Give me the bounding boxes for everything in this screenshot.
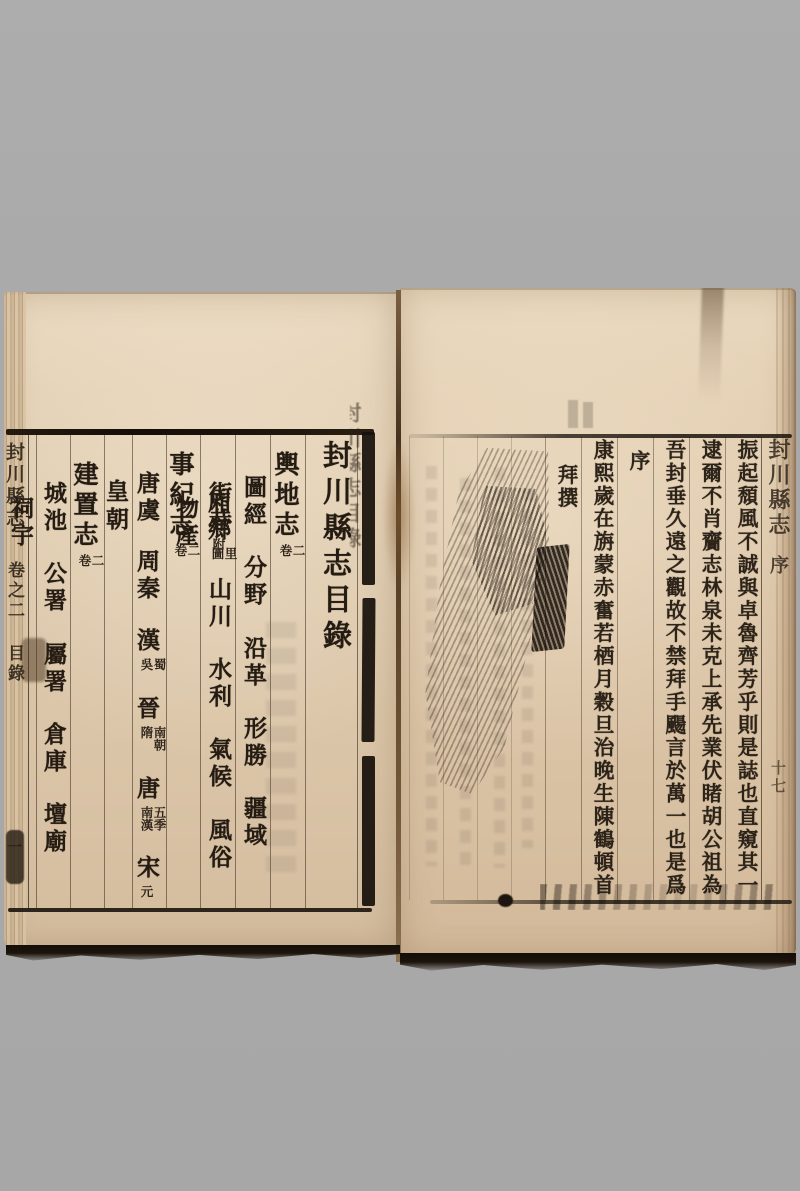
toc-entry-note: 南朝隋: [140, 726, 166, 755]
toc-entry: 漢: [130, 628, 163, 655]
toc-frame: 封川縣志目錄 輿地志二卷 圖經 分野 沿革 形勝 疆域 廂鄉里圖 街巷附 山川 …: [28, 435, 358, 908]
frame-gutter-bar: [361, 598, 375, 742]
preface-section-label: 序: [623, 450, 653, 473]
gutter-stain: [376, 428, 422, 648]
toc-entry: 城池: [37, 481, 70, 535]
preface-column-xu: 序: [617, 436, 653, 900]
toc-entry: 圖經: [237, 475, 270, 529]
preface-column-signature: 康熙歲在旃蒙赤奮若梄月穀旦治晚生陳鶴頓首: [581, 436, 617, 900]
ink-blot-dot: [498, 894, 513, 907]
page-shadow-left: [6, 945, 400, 963]
toc-entry: 水利: [202, 657, 235, 711]
top-margin-stain: [698, 288, 724, 402]
toc-column-geo-entries: 圖經 分野 沿革 形勝 疆域 廂鄉里圖: [235, 435, 270, 908]
toc-entry: 倉庫: [37, 722, 70, 776]
toc-volume-note: 二卷: [279, 544, 305, 560]
faint-mark: [583, 402, 593, 428]
toc-heading: 建置志: [66, 461, 102, 551]
spine-volume-label: 卷之二: [5, 561, 27, 621]
preface-column-1: 振起頹風不誠與卓魯齊芳乎則是誌也直窺其一: [725, 436, 761, 900]
frame-bottom-border: [8, 908, 372, 912]
toc-heading: 輿地志: [267, 451, 303, 541]
frame-gutter-bar: [362, 756, 375, 906]
scan-background: 封川縣志 卷之二 目錄 一 封川縣志目錄 輿地志二卷 圖經 分野 沿: [0, 0, 800, 1191]
toc-entry: 唐: [130, 776, 163, 803]
toc-entry: 氣候: [202, 737, 235, 791]
toc-entry-note: 元: [140, 885, 153, 901]
toc-entry: 公署: [37, 561, 70, 615]
preface-signature: 康熙歲在旃蒙赤奮若梄月穀旦治晚生陳鶴頓首: [587, 439, 617, 897]
ink-blot-hatched: [531, 544, 569, 652]
toc-entry: 祠宇: [4, 496, 37, 550]
toc-entry: 壇廟: [37, 802, 70, 856]
toc-entry: 宋: [130, 855, 163, 882]
toc-entry: 山川: [202, 577, 235, 631]
preface-text: 吾封垂久遠之觀故不禁拜手颺言於萬一也是爲: [659, 439, 689, 897]
right-page: 振起頹風不誠與卓魯齊芳乎則是誌也直窺其一 逮爾不肖齎志林泉未克上承先業伏睹胡公祖…: [400, 288, 796, 956]
toc-entry-note: 附: [212, 538, 225, 551]
preface-column-2: 逮爾不肖齎志林泉未克上承先業伏睹胡公祖為: [689, 436, 725, 900]
bottom-border-smears: [540, 884, 775, 910]
toc-volume-note: 二卷: [78, 554, 104, 570]
right-spine-column: 封川縣志 序 十七: [766, 438, 794, 918]
bleedthrough-ghost-text: [266, 622, 296, 872]
preface-closing: 拜撰: [551, 464, 581, 510]
toc-column-jianzhizhi: 建置志二卷: [70, 435, 104, 908]
preface-column-3: 吾封垂久遠之觀故不禁拜手颺言於萬一也是爲: [653, 436, 689, 900]
ink-blot: [6, 830, 24, 884]
spine-section-label: 序: [766, 555, 792, 577]
toc-column-huangchao: 皇朝: [104, 435, 132, 908]
toc-column-shijizhi: 事紀志二卷: [166, 435, 200, 908]
toc-entry: 街巷: [202, 481, 235, 535]
spine-book-title: 封川縣志: [766, 438, 794, 538]
toc-volume-note: 二卷: [174, 544, 200, 560]
left-page: 封川縣志 卷之二 目錄 一 封川縣志目錄 輿地志二卷 圖經 分野 沿: [4, 292, 396, 948]
page-shadow-right: [400, 953, 796, 973]
toc-entry: 風俗: [202, 818, 235, 872]
toc-entry: 晉: [130, 696, 163, 723]
toc-column-local-entries: 街巷附 山川 水利 氣候 風俗 物產: [200, 435, 235, 908]
toc-entry-note: 蜀吳: [140, 658, 166, 674]
toc-entry: 唐虞: [130, 471, 163, 525]
spine-page-number: 十七: [768, 760, 789, 796]
paper-stain: [22, 638, 46, 682]
preface-text: 振起頹風不誠與卓魯齊芳乎則是誌也直窺其一: [731, 439, 761, 897]
preface-text: 逮爾不肖齎志林泉未克上承先業伏睹胡公祖為: [695, 439, 725, 897]
frame-gutter-bar: [362, 432, 375, 585]
toc-entry-note: 五季南漢: [140, 806, 166, 835]
preface-column-baizhuan: 拜撰: [545, 436, 581, 900]
toc-heading: 事紀志: [162, 451, 198, 541]
faint-mark: [568, 400, 578, 428]
toc-entry: 分野: [237, 555, 270, 609]
book-spread: 封川縣志 卷之二 目錄 一 封川縣志目錄 輿地志二卷 圖經 分野 沿: [4, 288, 796, 978]
toc-heading: 皇朝: [99, 479, 132, 535]
toc-entry: 周秦: [130, 549, 163, 603]
toc-column-dynasties: 唐虞 周秦 漢蜀吳 晉南朝隋 唐五季南漢 宋元: [132, 435, 166, 908]
